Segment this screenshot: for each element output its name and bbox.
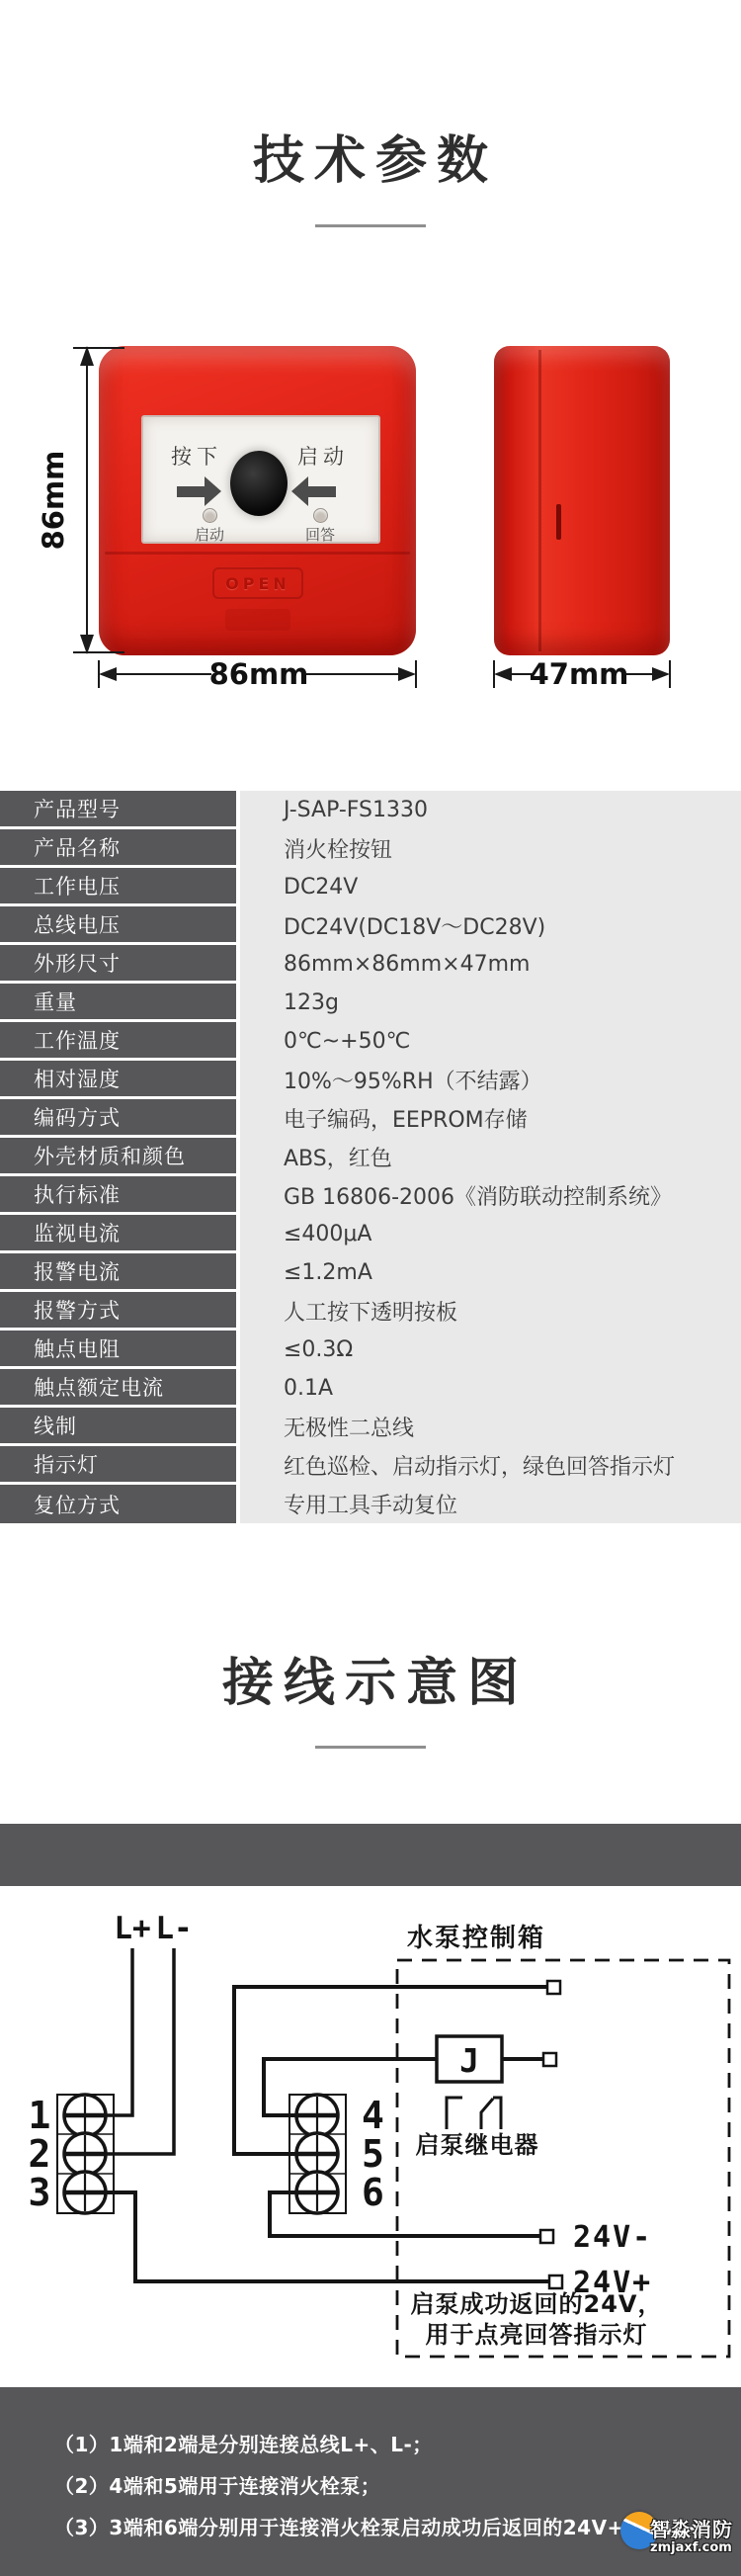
footer-note: （2）4端和5端用于连接消火栓泵； [54,2470,721,2499]
table-row: 线制无极性二总线 [0,1408,741,1446]
spec-key: 相对湿度 [0,1061,240,1099]
title-underline [315,224,426,227]
terminal-point [543,2053,556,2066]
spec-value: 无极性二总线 [240,1408,741,1446]
spec-key: 执行标准 [0,1176,240,1215]
terminal-point [549,2275,562,2288]
table-row: 触点额定电流0.1A [0,1369,741,1408]
spec-value: DC24V [240,868,741,906]
table-row: 报警电流≤1.2mA [0,1253,741,1292]
wiring-note-line2: 用于点亮回答指示灯 [426,2321,648,2349]
height-dim-label: 86mm [37,451,70,551]
spec-key: 工作电压 [0,868,240,906]
table-row: 执行标准GB 16806-2006《消防联动控制系统》 [0,1176,741,1215]
v-minus-label: 24V- [573,2220,652,2255]
spec-value: ABS，红色 [240,1138,741,1176]
spec-key: 监视电流 [0,1215,240,1253]
terminal-number: 1 [29,2094,51,2137]
spec-value: 专用工具手动复位 [240,1485,741,1523]
tech-params-title: 技术参数 [0,130,741,192]
table-row: 产品名称消火栓按钮 [0,829,741,868]
wiring-title: 接线示意图 [0,1653,741,1714]
spec-value: ≤1.2mA [240,1253,741,1292]
spec-value: 人工按下透明按板 [240,1292,741,1331]
brand-name: 智淼消防 [650,2514,733,2542]
spec-key: 编码方式 [0,1099,240,1138]
spec-value: 123g [240,984,741,1022]
terminal-number: 3 [29,2171,51,2214]
terminal-point [540,2230,553,2243]
wiring-diagram: L+ L- 水泵控制箱 J 启泵继电器 [0,1903,741,2377]
spec-value: 消火栓按钮 [240,829,741,868]
spec-value: J-SAP-FS1330 [240,791,741,829]
title-underline [315,1746,426,1749]
bus-minus-label: L- [155,1911,192,1946]
terminal-block-right: 4 5 6 [289,2094,384,2214]
depth-dim-label: 47mm [530,657,629,691]
table-row: 外形尺寸86mm×86mm×47mm [0,945,741,984]
spec-key: 触点电阻 [0,1331,240,1369]
spec-key: 产品型号 [0,791,240,829]
footer-notes: （1）1端和2端是分别连接总线L+、L-； （2）4端和5端用于连接消火栓泵； … [0,2387,741,2576]
spec-key: 线制 [0,1408,240,1446]
spec-key: 工作温度 [0,1022,240,1061]
relay-label: 启泵继电器 [416,2131,539,2159]
wiring-note-line1: 启泵成功返回的24V， [411,2290,663,2318]
width-dim-label: 86mm [209,657,309,691]
table-row: 监视电流≤400μA [0,1215,741,1253]
terminal-number: 4 [362,2094,384,2137]
spec-key: 产品名称 [0,829,240,868]
table-row: 工作电压DC24V [0,868,741,906]
relay-contact-icon [493,2098,501,2129]
spec-key: 指示灯 [0,1446,240,1485]
bus-minus-wire [107,1948,174,2154]
pump-box-label: 水泵控制箱 [407,1924,545,1953]
table-row: 总线电压DC24V(DC18V～DC28V) [0,906,741,945]
spec-key: 总线电压 [0,906,240,945]
table-row: 编码方式电子编码，EEPROM存储 [0,1099,741,1138]
table-row: 工作温度0℃~+50℃ [0,1022,741,1061]
terminal-block-left: 1 2 3 [29,2094,114,2214]
spec-value: ≤0.3Ω [240,1331,741,1369]
terminal-number: 6 [362,2171,384,2214]
table-row: 重量123g [0,984,741,1022]
spec-value: 0.1A [240,1369,741,1408]
table-row: 相对湿度10%～95%RH（不结露） [0,1061,741,1099]
product-detail-page: 技术参数 按下 启动 启动 回答 OPEN 86mm [0,0,741,2576]
spec-value: DC24V(DC18V～DC28V) [240,906,741,945]
relay-symbol: J [459,2041,479,2080]
spec-value: 86mm×86mm×47mm [240,945,741,984]
table-row: 产品型号J-SAP-FS1330 [0,791,741,829]
brand-domain: zmjaxf.com [650,2540,733,2555]
footer-note: （1）1端和2端是分别连接总线L+、L-； [54,2429,721,2457]
spec-key: 触点额定电流 [0,1369,240,1408]
divider-band [0,1824,741,1886]
spec-value: GB 16806-2006《消防联动控制系统》 [240,1176,741,1215]
table-row: 复位方式专用工具手动复位 [0,1485,741,1523]
spec-value: 0℃~+50℃ [240,1022,741,1061]
spec-table: 产品型号J-SAP-FS1330 产品名称消火栓按钮 工作电压DC24V 总线电… [0,791,741,1523]
spec-value: ≤400μA [240,1215,741,1253]
dimension-annotations: 86mm 86mm 47mm [0,326,741,694]
spec-value: 红色巡检、启动指示灯，绿色回答指示灯 [240,1446,741,1485]
terminal-point [547,1981,560,1994]
spec-key: 报警方式 [0,1292,240,1331]
table-row: 触点电阻≤0.3Ω [0,1331,741,1369]
relay-contact-icon [481,2099,493,2129]
bus-plus-label: L+ [114,1911,150,1946]
spec-key: 外形尺寸 [0,945,240,984]
terminal-number: 2 [29,2132,51,2176]
spec-key: 外壳材质和颜色 [0,1138,240,1176]
spec-value: 电子编码，EEPROM存储 [240,1099,741,1138]
spec-key: 复位方式 [0,1485,240,1523]
relay-contact-icon [447,2098,462,2129]
terminal-number: 5 [362,2132,384,2176]
table-row: 报警方式人工按下透明按板 [0,1292,741,1331]
table-row: 外壳材质和颜色ABS，红色 [0,1138,741,1176]
spec-key: 报警电流 [0,1253,240,1292]
table-row: 指示灯红色巡检、启动指示灯，绿色回答指示灯 [0,1446,741,1485]
brand-watermark: 智淼消防 zmjaxf.com [620,2512,733,2555]
spec-key: 重量 [0,984,240,1022]
bus-plus-wire [107,1948,132,2115]
spec-value: 10%～95%RH（不结露） [240,1061,741,1099]
